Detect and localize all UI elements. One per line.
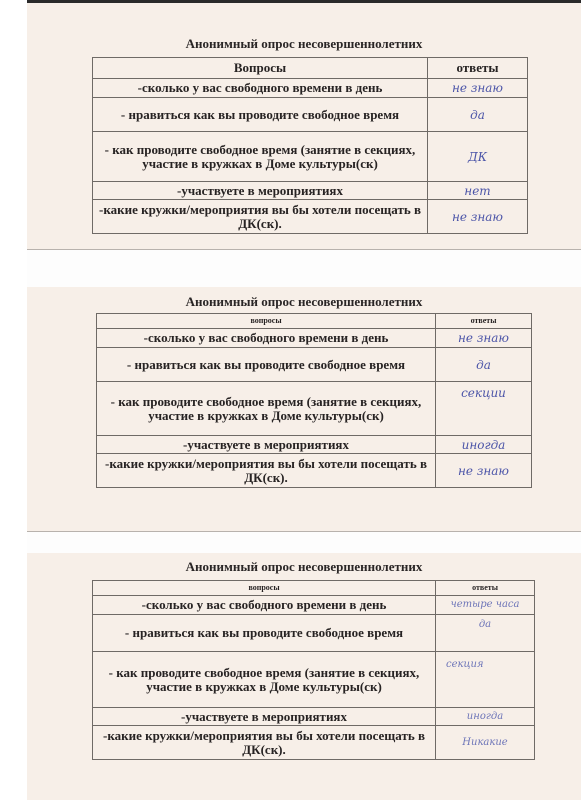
question-cell: -какие кружки/мероприятия вы бы хотели п… xyxy=(97,454,436,488)
answer-cell: Никакие xyxy=(436,726,535,760)
question-cell: - как проводите свободное время (занятие… xyxy=(93,652,436,708)
table-row: - как проводите свободное время (занятие… xyxy=(97,382,532,436)
table-row: -участвуете в мероприятиях иногда xyxy=(97,436,532,454)
table-row: -сколько у вас свободного времени в день… xyxy=(97,329,532,348)
survey-sheet-2: Анонимный опрос несовершеннолетних вопро… xyxy=(27,287,581,531)
header-questions: вопросы xyxy=(93,581,436,596)
answer-cell: секция xyxy=(436,652,535,708)
header-questions: вопросы xyxy=(97,314,436,329)
table-row: -участвуете в мероприятиях иногда xyxy=(93,708,535,726)
question-cell: -участвуете в мероприятиях xyxy=(97,436,436,454)
header-answers: ответы xyxy=(428,58,528,79)
table-row: -какие кружки/мероприятия вы бы хотели п… xyxy=(93,200,528,234)
question-cell: -сколько у вас свободного времени в день xyxy=(93,79,428,98)
question-cell: -сколько у вас свободного времени в день xyxy=(93,596,436,615)
survey-sheet-1: Анонимный опрос несовершеннолетних Вопро… xyxy=(27,3,581,249)
answer-cell: секции xyxy=(436,382,532,436)
table-row: -участвуете в мероприятиях нет xyxy=(93,182,528,200)
answer-cell: не знаю xyxy=(428,200,528,234)
table-header-row: вопросы ответы xyxy=(97,314,532,329)
table-row: - нравиться как вы проводите свободное в… xyxy=(97,348,532,382)
survey-table: Вопросы ответы -сколько у вас свободного… xyxy=(92,57,528,234)
survey-title: Анонимный опрос несовершеннолетних xyxy=(27,294,581,310)
table-row: -какие кружки/мероприятия вы бы хотели п… xyxy=(93,726,535,760)
table-header-row: вопросы ответы xyxy=(93,581,535,596)
answer-cell: нет xyxy=(428,182,528,200)
answer-cell: не знаю xyxy=(428,79,528,98)
table-row: - нравиться как вы проводите свободное в… xyxy=(93,615,535,652)
answer-cell: да xyxy=(428,98,528,132)
survey-table: вопросы ответы -сколько у вас свободного… xyxy=(92,580,535,760)
survey-sheet-3: Анонимный опрос несовершеннолетних вопро… xyxy=(27,553,581,800)
question-cell: - как проводите свободное время (занятие… xyxy=(97,382,436,436)
answer-cell: иногда xyxy=(436,436,532,454)
answer-cell: да xyxy=(436,615,535,652)
question-cell: -сколько у вас свободного времени в день xyxy=(97,329,436,348)
table-row: -какие кружки/мероприятия вы бы хотели п… xyxy=(97,454,532,488)
survey-title: Анонимный опрос несовершеннолетних xyxy=(27,36,581,52)
header-answers: ответы xyxy=(436,314,532,329)
scan-margin-left xyxy=(0,0,27,800)
question-cell: -какие кружки/мероприятия вы бы хотели п… xyxy=(93,200,428,234)
survey-table: вопросы ответы -сколько у вас свободного… xyxy=(96,313,532,488)
question-cell: -участвуете в мероприятиях xyxy=(93,708,436,726)
table-row: -сколько у вас свободного времени в день… xyxy=(93,596,535,615)
answer-cell: ДК xyxy=(428,132,528,182)
question-cell: - как проводите свободное время (занятие… xyxy=(93,132,428,182)
question-cell: -участвуете в мероприятиях xyxy=(93,182,428,200)
question-cell: - нравиться как вы проводите свободное в… xyxy=(93,615,436,652)
question-cell: - нравиться как вы проводите свободное в… xyxy=(97,348,436,382)
table-row: - нравиться как вы проводите свободное в… xyxy=(93,98,528,132)
question-cell: -какие кружки/мероприятия вы бы хотели п… xyxy=(93,726,436,760)
header-questions: Вопросы xyxy=(93,58,428,79)
table-row: -сколько у вас свободного времени в день… xyxy=(93,79,528,98)
question-cell: - нравиться как вы проводите свободное в… xyxy=(93,98,428,132)
answer-cell: четыре часа xyxy=(436,596,535,615)
table-header-row: Вопросы ответы xyxy=(93,58,528,79)
answer-cell: не знаю xyxy=(436,454,532,488)
header-answers: ответы xyxy=(436,581,535,596)
survey-title: Анонимный опрос несовершеннолетних xyxy=(27,559,581,575)
answer-cell: да xyxy=(436,348,532,382)
answer-cell: иногда xyxy=(436,708,535,726)
table-row: - как проводите свободное время (занятие… xyxy=(93,652,535,708)
answer-cell: не знаю xyxy=(436,329,532,348)
table-row: - как проводите свободное время (занятие… xyxy=(93,132,528,182)
